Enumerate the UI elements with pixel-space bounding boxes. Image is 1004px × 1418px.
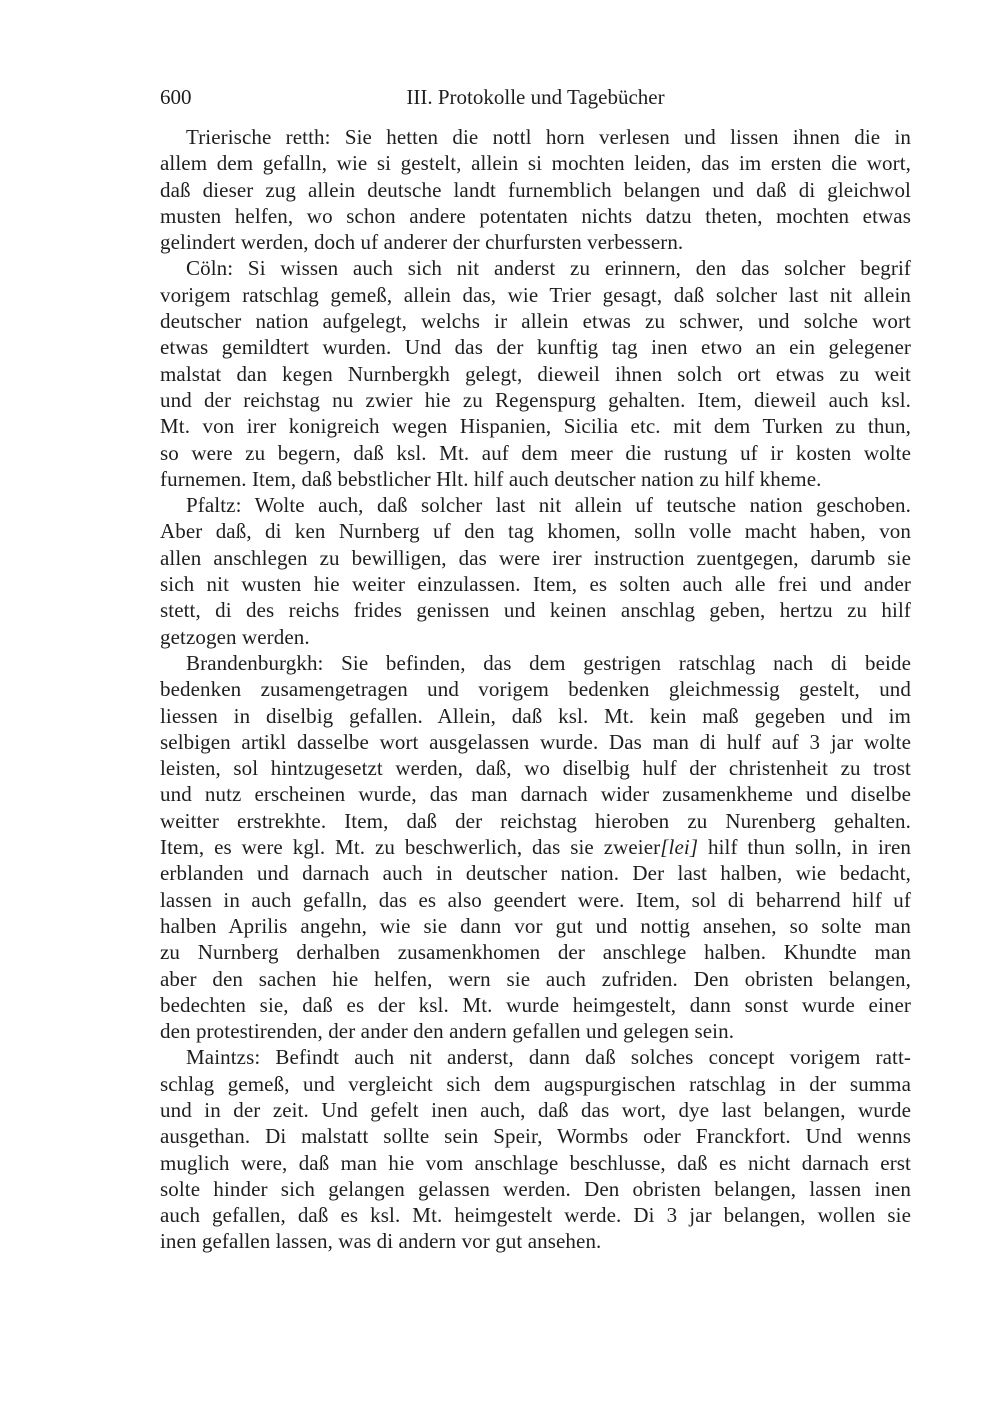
text-line: und nutz erscheinen wurde, das man darna…	[160, 781, 911, 807]
text-line: auch gefallen, daß es ksl. Mt. heimgeste…	[160, 1202, 911, 1228]
text-line: allem dem gefalln, wie si gestelt, allei…	[160, 150, 911, 176]
paragraph-brandenburgkh: Brandenburgkh: Sie befinden, das dem ges…	[160, 650, 911, 1044]
text-line: getzogen werden.	[160, 624, 911, 650]
running-title: III. Protokolle und Tagebücher	[160, 84, 911, 110]
text-line: sich nit wusten hie weiter einzulassen. …	[160, 571, 911, 597]
text-line: Maintzs: Befindt auch nit anderst, dann …	[160, 1044, 911, 1070]
text-line: weitter erstrekhte. Item, daß der reichs…	[160, 808, 911, 834]
text-line: stett, di des reichs frides genissen und…	[160, 597, 911, 623]
paragraph-trier: Trierische retth: Sie hetten die nottl h…	[160, 124, 911, 255]
text-column: 600 III. Protokolle und Tagebücher Trier…	[160, 84, 911, 1255]
text-line: furnemen. Item, daß bebstlicher Hlt. hil…	[160, 466, 911, 492]
page-number: 600	[160, 84, 192, 110]
text-line: und der reichstag nu zwier hie zu Regens…	[160, 387, 911, 413]
text-line: Pfaltz: Wolte auch, daß solcher last nit…	[160, 492, 911, 518]
text-line: Mt. von irer konigreich wegen Hispanien,…	[160, 413, 911, 439]
text-line: Aber daß, di ken Nurnberg uf den tag kho…	[160, 518, 911, 544]
text-line: selbigen artikl dasselbe wort ausgelasse…	[160, 729, 911, 755]
text-line: halben Aprilis angehn, wie sie dann vor …	[160, 913, 911, 939]
text-line: so were zu begern, daß ksl. Mt. auf dem …	[160, 440, 911, 466]
text-line: schlag gemeß, und vergleicht sich dem au…	[160, 1071, 911, 1097]
text-line: den protestirenden, der ander den andern…	[160, 1018, 911, 1044]
text-line: ausgethan. Di malstatt sollte sein Speir…	[160, 1123, 911, 1149]
paragraph-pfaltz: Pfaltz: Wolte auch, daß solcher last nit…	[160, 492, 911, 650]
text-line: Brandenburgkh: Sie befinden, das dem ges…	[160, 650, 911, 676]
text-line: inen gefallen lassen, was di andern vor …	[160, 1228, 911, 1254]
text-line: allen anschlegen zu bewilligen, das were…	[160, 545, 911, 571]
text-line: Item, es were kgl. Mt. zu beschwerlich, …	[160, 834, 911, 860]
running-header: 600 III. Protokolle und Tagebücher	[160, 84, 911, 110]
paragraph-coeln: Cöln: Si wissen auch sich nit anderst zu…	[160, 255, 911, 492]
text-line: zu Nurnberg derhalben zusamenkhomen der …	[160, 939, 911, 965]
text-line: solte hinder sich gelangen gelassen werd…	[160, 1176, 911, 1202]
text-line: erblanden und darnach auch in deutscher …	[160, 860, 911, 886]
text-line: etwas gemildtert wurden. Und das der kun…	[160, 334, 911, 360]
text-line: Trierische retth: Sie hetten die nottl h…	[160, 124, 911, 150]
text-line: lassen in auch gefalln, das es also geen…	[160, 887, 911, 913]
text-line: bedenken zusamengetragen und vorigem bed…	[160, 676, 911, 702]
text-line: leisten, sol hintzugesetzt werden, daß, …	[160, 755, 911, 781]
text-line: gelindert werden, doch uf anderer der ch…	[160, 229, 911, 255]
text-line: und in der zeit. Und gefelt inen auch, d…	[160, 1097, 911, 1123]
text-line: Cöln: Si wissen auch sich nit anderst zu…	[160, 255, 911, 281]
text-line: vorigem ratschlag gemeß, allein das, wie…	[160, 282, 911, 308]
text-line: aber den sachen hie helfen, wern sie auc…	[160, 966, 911, 992]
text-line: bedechten sie, daß es der ksl. Mt. wurde…	[160, 992, 911, 1018]
text-line: musten helfen, wo schon andere potentate…	[160, 203, 911, 229]
paragraph-maintzs: Maintzs: Befindt auch nit anderst, dann …	[160, 1044, 911, 1254]
text-line: liessen in diselbig gefallen. Allein, da…	[160, 703, 911, 729]
book-page: 600 III. Protokolle und Tagebücher Trier…	[0, 0, 1004, 1418]
body-text: Trierische retth: Sie hetten die nottl h…	[160, 124, 911, 1255]
text-line: muglich were, daß man hie vom anschlage …	[160, 1150, 911, 1176]
text-line: malstat dan kegen Nurnbergkh gelegt, die…	[160, 361, 911, 387]
text-line: deutscher nation aufgelegt, welchs ir al…	[160, 308, 911, 334]
text-line: daß dieser zug allein deutsche landt fur…	[160, 177, 911, 203]
